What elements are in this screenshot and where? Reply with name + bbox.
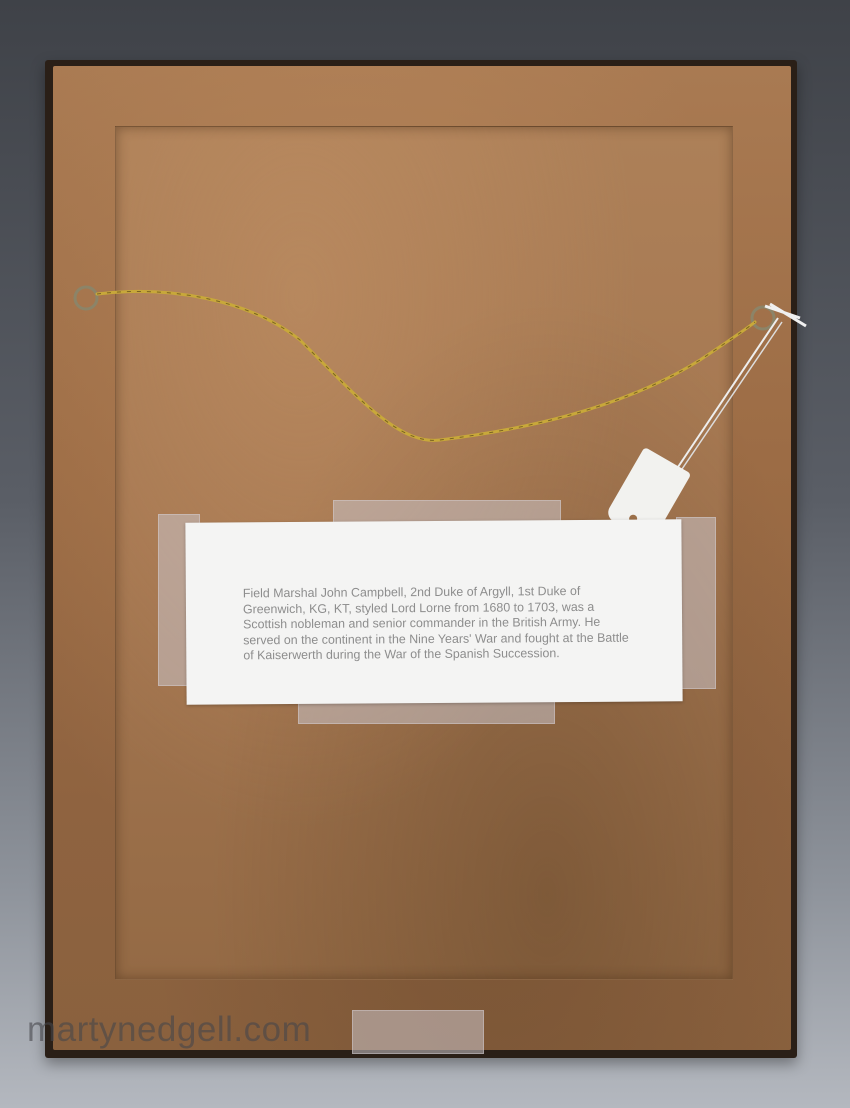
right-screw-eye-icon xyxy=(752,307,774,329)
label-text: Field Marshal John Campbell, 2nd Duke of… xyxy=(243,584,634,664)
description-label: Field Marshal John Campbell, 2nd Duke of… xyxy=(185,519,682,704)
left-screw-eye-icon xyxy=(75,287,97,309)
watermark: martynedgell.com xyxy=(27,1010,311,1050)
